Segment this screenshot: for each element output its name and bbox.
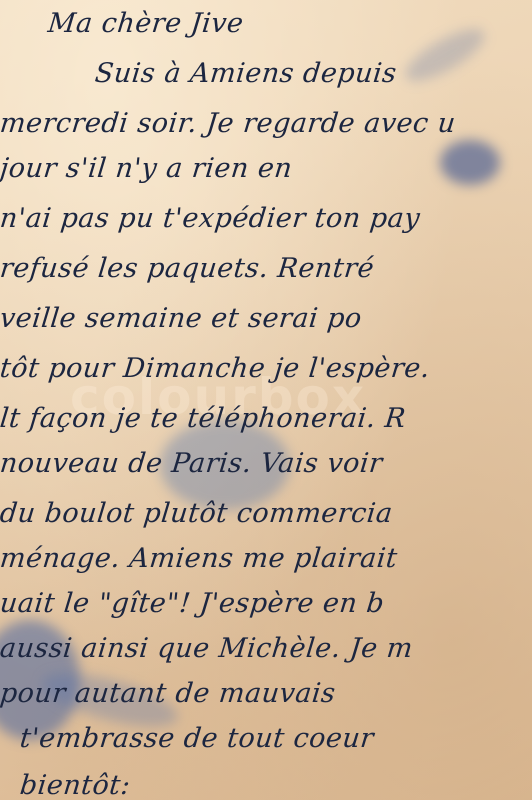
letter-line: bientôt: [18, 770, 132, 800]
letter-line: uait le "gîte"! J'espère en b [0, 588, 386, 619]
ink-stain-top-right [440, 140, 500, 185]
letter-line: pour autant de mauvais [0, 678, 337, 709]
letter-line: Ma chère Jive [46, 8, 245, 39]
ink-smear-top-right [399, 20, 492, 91]
letter-line: mercredi soir. Je regarde avec u [0, 108, 457, 139]
letter-line: ménage. Amiens me plairait [0, 543, 399, 574]
letter-line: nouveau de Paris. Vais voir [0, 448, 384, 479]
letter-line: jour s'il n'y a rien en [0, 153, 294, 184]
letter-line: Suis à Amiens depuis [93, 58, 398, 89]
letter-line: aussi ainsi que Michèle. Je m [0, 633, 415, 664]
letter-line: refusé les paquets. Rentré [0, 253, 376, 284]
letter-line: n'ai pas pu t'expédier ton pay [0, 203, 422, 234]
letter-line: du boulot plutôt commercia [0, 498, 394, 529]
letter-paper: colourbox Ma chère JiveSuis à Amiens dep… [0, 0, 532, 800]
letter-line: veille semaine et serai po [0, 303, 363, 334]
letter-line: lt façon je te téléphonerai. R [0, 403, 407, 434]
letter-line: t'embrasse de tout coeur [18, 723, 375, 754]
letter-line: tôt pour Dimanche je l'espère. [0, 353, 432, 384]
